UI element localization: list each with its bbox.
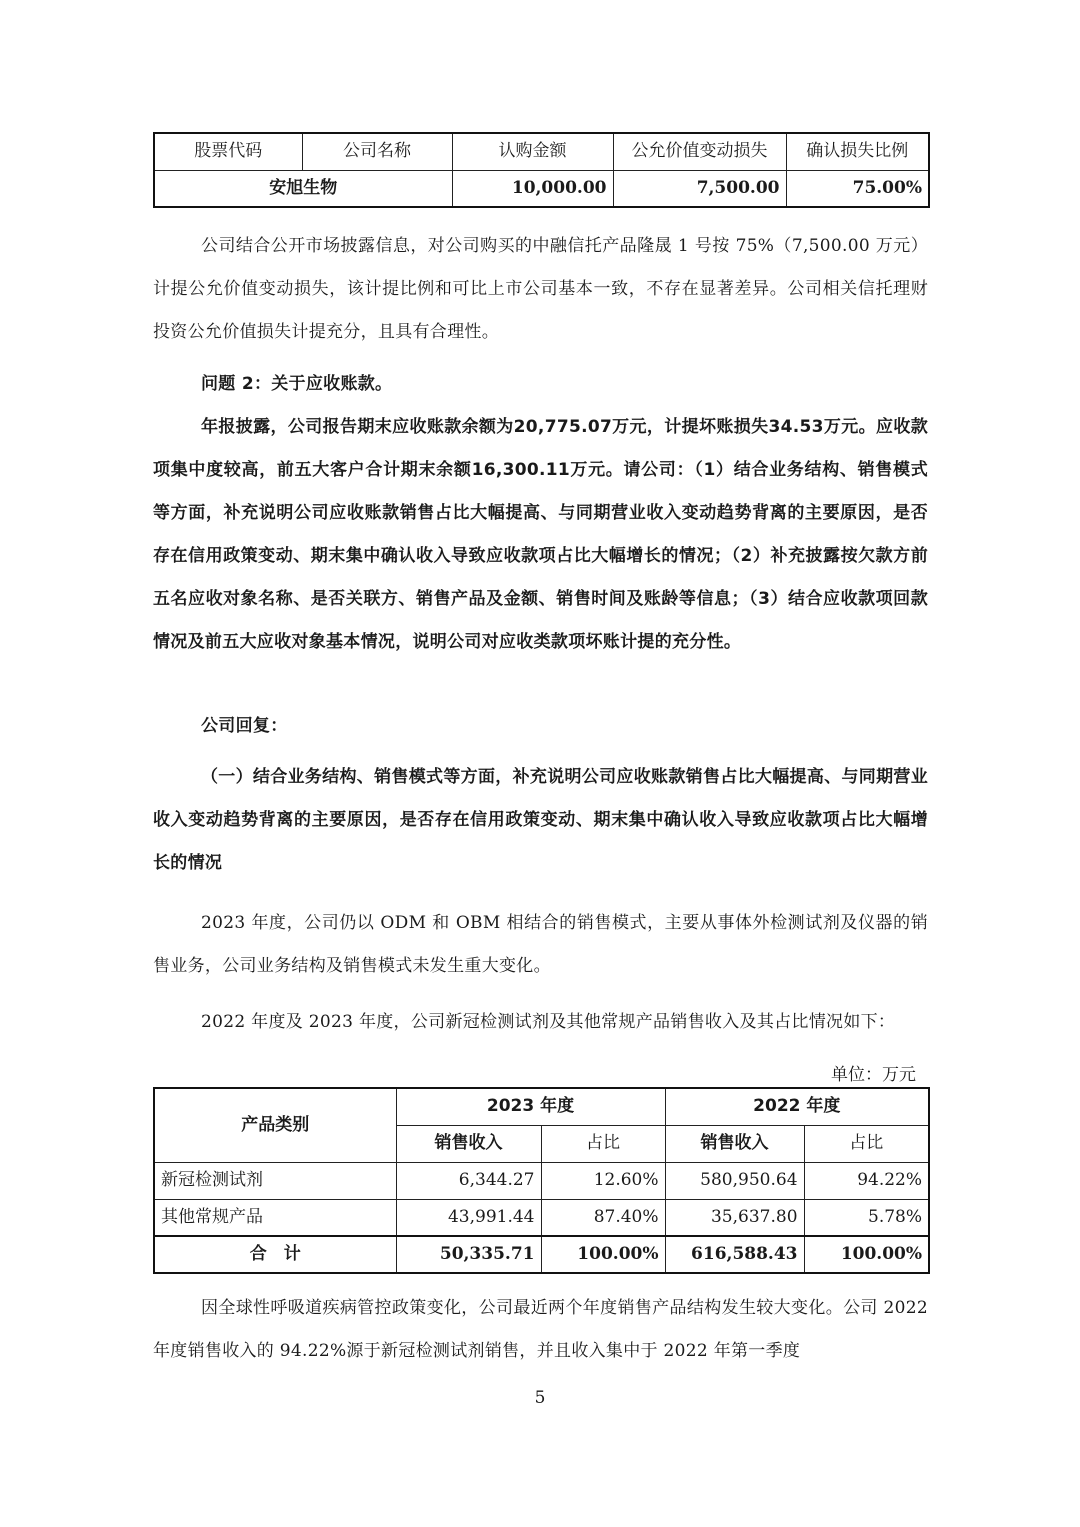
reply-label: 公司回复： bbox=[153, 705, 928, 748]
share-2023-cell: 12.60% bbox=[541, 1162, 665, 1199]
document-page: 股票代码 公司名称 认购金额 公允价值变动损失 确认损失比例 安旭生物 10,0… bbox=[0, 0, 1080, 1527]
revenue-2023-cell: 6,344.27 bbox=[396, 1162, 541, 1199]
category-cell: 其他常规产品 bbox=[154, 1199, 396, 1236]
header-year-2022: 2022 年度 bbox=[665, 1088, 929, 1125]
loss-ratio-cell: 75.00% bbox=[786, 170, 929, 207]
fair-value-loss-cell: 7,500.00 bbox=[613, 170, 786, 207]
table-row: 安旭生物 10,000.00 7,500.00 75.00% bbox=[154, 170, 929, 207]
revenue-2023-cell: 43,991.44 bbox=[396, 1199, 541, 1236]
trust-loss-table: 股票代码 公司名称 认购金额 公允价值变动损失 确认损失比例 安旭生物 10,0… bbox=[153, 132, 930, 208]
table-header-row: 股票代码 公司名称 认购金额 公允价值变动损失 确认损失比例 bbox=[154, 133, 929, 170]
header-category: 产品类别 bbox=[154, 1088, 396, 1162]
table-row: 其他常规产品 43,991.44 87.40% 35,637.80 5.78% bbox=[154, 1199, 929, 1236]
header-share-2023: 占比 bbox=[541, 1125, 665, 1162]
header-revenue-2023: 销售收入 bbox=[396, 1125, 541, 1162]
header-subscription-amount: 认购金额 bbox=[452, 133, 613, 170]
paragraph-business-model: 2023 年度，公司仍以 ODM 和 OBM 相结合的销售模式，主要从事体外检测… bbox=[153, 902, 928, 988]
company-cell: 安旭生物 bbox=[154, 170, 452, 207]
unit-label: 单位：万元 bbox=[831, 1060, 916, 1085]
paragraph-structure-change: 因全球性呼吸道疾病管控政策变化，公司最近两个年度销售产品结构发生较大变化。公司 … bbox=[153, 1287, 928, 1373]
table-row: 新冠检测试剂 6,344.27 12.60% 580,950.64 94.22% bbox=[154, 1162, 929, 1199]
total-revenue-2023-cell: 50,335.71 bbox=[396, 1236, 541, 1273]
section-heading: （一）结合业务结构、销售模式等方面，补充说明公司应收账款销售占比大幅提高、与同期… bbox=[153, 756, 928, 885]
share-2023-cell: 87.40% bbox=[541, 1199, 665, 1236]
revenue-2022-cell: 35,637.80 bbox=[665, 1199, 804, 1236]
header-stock-code: 股票代码 bbox=[154, 133, 302, 170]
total-revenue-2022-cell: 616,588.43 bbox=[665, 1236, 804, 1273]
total-label-cell: 合 计 bbox=[154, 1236, 396, 1273]
header-revenue-2022: 销售收入 bbox=[665, 1125, 804, 1162]
header-share-2022: 占比 bbox=[804, 1125, 929, 1162]
product-revenue-table: 产品类别 2023 年度 2022 年度 销售收入 占比 销售收入 占比 新冠检… bbox=[153, 1087, 930, 1274]
paragraph-table-intro: 2022 年度及 2023 年度，公司新冠检测试剂及其他常规产品销售收入及其占比… bbox=[153, 1001, 928, 1044]
question-title: 问题 2：关于应收账款。 bbox=[153, 363, 928, 406]
share-2022-cell: 5.78% bbox=[804, 1199, 929, 1236]
category-cell: 新冠检测试剂 bbox=[154, 1162, 396, 1199]
total-share-2022-cell: 100.00% bbox=[804, 1236, 929, 1273]
header-loss-ratio: 确认损失比例 bbox=[786, 133, 929, 170]
header-fair-value-loss: 公允价值变动损失 bbox=[613, 133, 786, 170]
paragraph-trust-loss: 公司结合公开市场披露信息，对公司购买的中融信托产品隆晟 1 号按 75%（7,5… bbox=[153, 225, 928, 354]
total-share-2023-cell: 100.00% bbox=[541, 1236, 665, 1273]
subscription-amount-cell: 10,000.00 bbox=[452, 170, 613, 207]
table-header-row: 产品类别 2023 年度 2022 年度 bbox=[154, 1088, 929, 1125]
share-2022-cell: 94.22% bbox=[804, 1162, 929, 1199]
header-year-2023: 2023 年度 bbox=[396, 1088, 665, 1125]
page-number: 5 bbox=[0, 1388, 1080, 1408]
revenue-2022-cell: 580,950.64 bbox=[665, 1162, 804, 1199]
question-body: 年报披露，公司报告期末应收账款余额为20,775.07万元，计提坏账损失34.5… bbox=[153, 406, 928, 664]
table-total-row: 合 计 50,335.71 100.00% 616,588.43 100.00% bbox=[154, 1236, 929, 1273]
header-company-name: 公司名称 bbox=[302, 133, 452, 170]
